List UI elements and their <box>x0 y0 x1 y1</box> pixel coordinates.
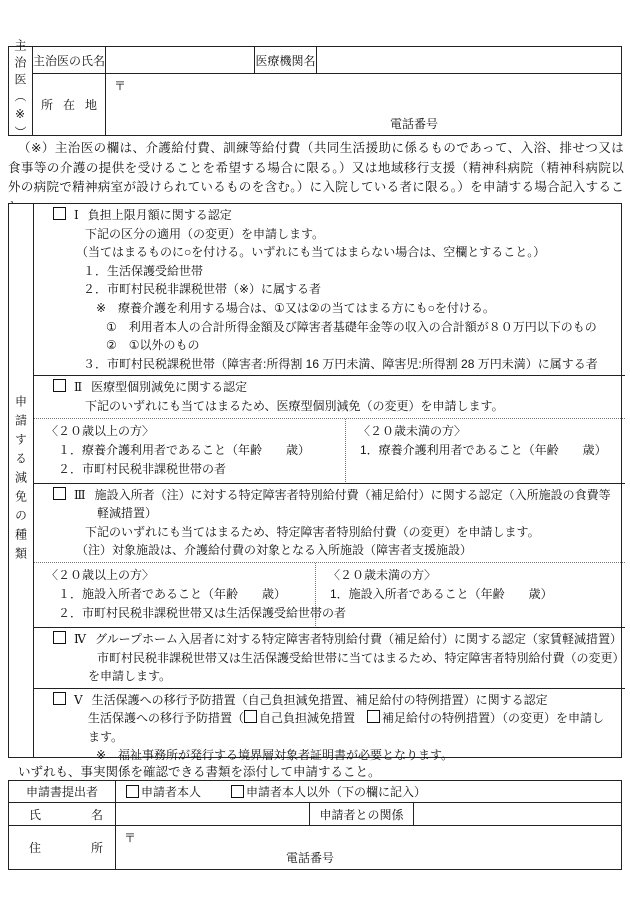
section-1-item2: ２．市町村民税非課税世帯（※）に属する者 <box>34 280 625 299</box>
section-2: Ⅱ医療型個別減免に関する認定 下記のいずれにも当てはまるため、医療型個別減免（の… <box>34 375 625 482</box>
section-2-columns: 〈２０歳以上の方〉 １．療養介護利用者であること（年齢 歳） ２．市町村民税非課… <box>34 418 625 482</box>
physician-address-input[interactable]: 〒 電話番号 <box>106 74 621 135</box>
section-3-minor-column: 〈２０歳未満の方〉 1．施設入所者であること（年齢 歳） <box>316 563 625 626</box>
section-3-title-line2: 軽減措置） <box>34 504 625 523</box>
section-2-title: 医療型個別減免に関する認定 <box>91 380 247 394</box>
section-4: Ⅳグループホーム入居者に対する特定障害者特別給付費（補足給付）に関する認定（家賃… <box>34 627 625 688</box>
section-3-columns: 〈２０歳以上の方〉 １．施設入所者であること（年齢 歳） ２．市町村民税非課税世… <box>34 562 625 626</box>
exemption-table: 申請する減免の種類 Ⅰ負担上限月額に関する認定 下記の区分の適用（の変更）を申請… <box>8 203 622 758</box>
section-3-adult-column: 〈２０歳以上の方〉 １．施設入所者であること（年齢 歳） ２．市町村民税非課税世… <box>34 563 316 626</box>
medical-institution-input[interactable] <box>317 47 621 73</box>
section-4-line1: 市町村民税非課税世帯又は生活保護受給世帯に当てはまるため、特定障害者特別給付費（… <box>34 649 625 668</box>
physician-side-label: 主治医（※） <box>9 47 33 135</box>
physician-address-label: 所在地 <box>33 74 106 135</box>
section-3-line1: 下記のいずれにも当てはまるため、特定障害者特別給付費（の変更）を申請します。 <box>34 523 625 542</box>
minor-header: 〈２０歳未満の方〉 <box>316 566 625 585</box>
section-5-detail-prefix: 生活保護への移行予防措置（ <box>88 711 244 725</box>
submitter-address-label: 住所 <box>9 826 116 869</box>
minor-item-1: 1．療養介護利用者であること（年齢 歳） <box>346 441 625 460</box>
section-4-header: Ⅳグループホーム入居者に対する特定障害者特別給付費（補足給付）に関する認定（家賃… <box>34 630 625 649</box>
section-3: Ⅲ施設入所者（注）に対する特定障害者特別給付費（補足給付）に関する認定（入所施設… <box>34 483 625 627</box>
submitter-address-input[interactable]: 〒 電話番号 <box>116 826 621 869</box>
submitter-row-label: 申請書提出者 <box>9 781 116 802</box>
option-applicant-self[interactable]: 申請者本人 <box>126 783 201 800</box>
exemption-side-label: 申請する減免の種類 <box>9 204 34 757</box>
section-3-header: Ⅲ施設入所者（注）に対する特定障害者特別給付費（補足給付）に関する認定（入所施設… <box>34 486 625 505</box>
section-5: Ⅴ生活保護への移行予防措置（自己負担減免措置、補足給付の特例措置）に関する認定 … <box>34 688 625 767</box>
section-2-line1: 下記のいずれにも当てはまるため、医療型個別減免（の変更）を申請します。 <box>34 397 625 416</box>
submitter-name-label: 氏名 <box>9 803 116 825</box>
section-1-line2: （当てはまるものに○を付ける。いずれにも当てはまらない場合は、空欄とすること。） <box>34 243 625 262</box>
section-4-numeral: Ⅳ <box>74 630 86 649</box>
supplementary-benefit-special-checkbox[interactable] <box>367 710 380 723</box>
section-2-header: Ⅱ医療型個別減免に関する認定 <box>34 378 625 397</box>
section-1-line1: 下記の区分の適用（の変更）を申請します。 <box>34 225 625 244</box>
section-3-checkbox[interactable] <box>53 487 66 500</box>
adult-item-1: １．療養介護利用者であること（年齢 歳） <box>34 441 345 460</box>
section-1-sub2: ② ①以外のもの <box>34 336 625 355</box>
section-5-checkbox[interactable] <box>53 692 66 705</box>
physician-name-label: 主治医の氏名 <box>33 47 106 73</box>
section-5-title: 生活保護への移行予防措置（自己負担減免措置、補足給付の特例措置）に関する認定 <box>92 693 548 707</box>
minor-item-1: 1．施設入所者であること（年齢 歳） <box>316 585 625 604</box>
section-2-checkbox[interactable] <box>53 379 66 392</box>
option-applicant-other[interactable]: 申請者本人以外（下の欄に記入） <box>231 783 426 800</box>
section-3-title-line1: 施設入所者（注）に対する特定障害者特別給付費（補足給付）に関する認定（入所施設の… <box>95 488 611 502</box>
section-2-minor-column: 〈２０歳未満の方〉 1．療養介護利用者であること（年齢 歳） <box>346 419 625 482</box>
section-2-numeral: Ⅱ <box>74 378 82 397</box>
submitter-name-input[interactable] <box>116 803 310 825</box>
section-1-item3: ３．市町村民税課税世帯（障害者:所得割 16 万円未満、障害児:所得割 28 万… <box>34 355 625 374</box>
adult-header: 〈２０歳以上の方〉 <box>34 422 345 441</box>
applicant-other-checkbox[interactable] <box>231 785 244 798</box>
section-5-numeral: Ⅴ <box>74 691 83 710</box>
adult-item-1: １．施設入所者であること（年齢 歳） <box>34 585 315 604</box>
section-1-item1: １．生活保護受給世帯 <box>34 262 625 281</box>
self-pay-reduction-checkbox[interactable] <box>244 710 257 723</box>
section-5-detail-line2: ます。 <box>34 728 625 747</box>
submitter-phone-label: 電話番号 <box>286 849 334 866</box>
section-4-line2: を申請します。 <box>34 667 625 686</box>
submitter-table: 申請書提出者 申請者本人 申請者本人以外（下の欄に記入） 氏名 申請者との関係 … <box>8 780 622 870</box>
relation-input[interactable] <box>414 803 621 825</box>
section-5-detail-option1: 自己負担減免措置 <box>259 711 367 725</box>
section-1-header: Ⅰ負担上限月額に関する認定 <box>34 206 625 225</box>
section-1: Ⅰ負担上限月額に関する認定 下記の区分の適用（の変更）を申請します。 （当てはま… <box>34 204 625 375</box>
physician-phone-label: 電話番号 <box>390 115 438 132</box>
section-1-numeral: Ⅰ <box>74 206 79 225</box>
applicant-self-checkbox[interactable] <box>126 785 139 798</box>
section-3-numeral: Ⅲ <box>74 486 86 505</box>
section-4-title: グループホーム入居者に対する特定障害者特別給付費（補足給付）に関する認定（家賃軽… <box>95 632 622 646</box>
minor-header: 〈２０歳未満の方〉 <box>346 422 625 441</box>
section-5-detail-option2: 補足給付の特例措置）（の変更）を申請し <box>382 711 604 725</box>
postal-mark: 〒 <box>114 77 126 94</box>
adult-item-2: ２．市町村民税非課税世帯又は生活保護受給世帯の者 <box>34 604 315 623</box>
section-3-note: （注）対象施設は、介護給付費の対象となる入所施設（障害者支援施設） <box>34 541 625 560</box>
section-2-adult-column: 〈２０歳以上の方〉 １．療養介護利用者であること（年齢 歳） ２．市町村民税非課… <box>34 419 346 482</box>
section-1-sub1: ① 利用者本人の合計所得金額及び障害者基礎年金等の収入の合計額が８０万円以下のも… <box>34 318 625 337</box>
submitter-options: 申請者本人 申請者本人以外（下の欄に記入） <box>116 781 621 802</box>
section-1-checkbox[interactable] <box>53 207 66 220</box>
postal-mark: 〒 <box>124 829 136 846</box>
application-form-page: 主治医（※） 主治医の氏名 医療機関名 所在地 〒 電話番号 （※）主治医の欄は… <box>0 0 630 903</box>
section-1-note: ※ 療養介護を利用する場合は、①又は②の当てはまる方にも○を付ける。 <box>34 299 625 318</box>
adult-item-2: ２．市町村民税非課税世帯の者 <box>34 460 345 479</box>
medical-institution-label: 医療機関名 <box>255 47 317 73</box>
attachment-note: いずれも、事実関係を確認できる書類を添付して申請すること。 <box>18 762 381 780</box>
section-1-title: 負担上限月額に関する認定 <box>88 208 232 222</box>
physician-name-input[interactable] <box>106 47 255 73</box>
adult-header: 〈２０歳以上の方〉 <box>34 566 315 585</box>
relation-label: 申請者との関係 <box>310 803 414 825</box>
section-5-detail: 生活保護への移行予防措置（自己負担減免措置 補足給付の特例措置）（の変更）を申請… <box>34 709 625 728</box>
physician-table: 主治医（※） 主治医の氏名 医療機関名 所在地 〒 電話番号 <box>8 46 622 136</box>
section-4-checkbox[interactable] <box>53 631 66 644</box>
section-5-header: Ⅴ生活保護への移行予防措置（自己負担減免措置、補足給付の特例措置）に関する認定 <box>34 691 625 710</box>
